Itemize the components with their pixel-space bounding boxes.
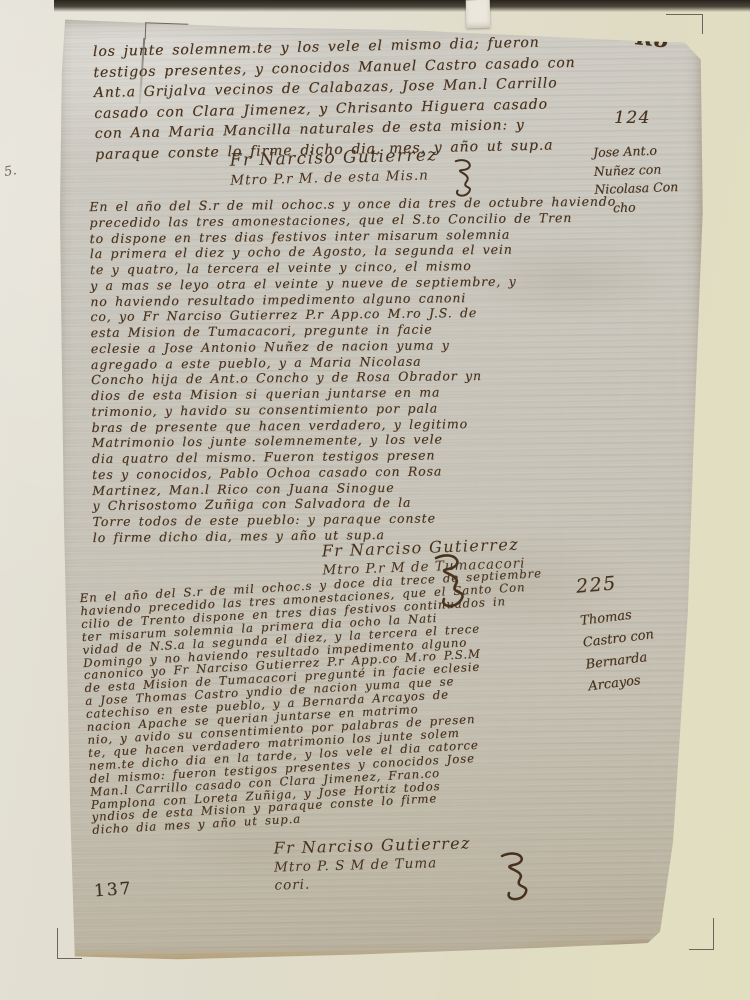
registration-mark-top-right (666, 14, 703, 34)
entry-3-signature: Fr Narciso Gutierrez Mtro P. S M de Tuma… (273, 833, 472, 893)
deckle-edge (71, 949, 672, 964)
board-top-shadow (54, 0, 750, 12)
photo-board: los junte solemnem.te y los vele el mism… (0, 0, 750, 1000)
signature-name: Fr Narciso Gutierrez (230, 145, 438, 170)
entry-3: En el año del S.r de mil ochoc.s y doce … (79, 561, 661, 837)
manuscript-page: los junte solemnem.te y los vele el mism… (58, 12, 704, 964)
signature-title: cori. (274, 872, 472, 893)
tape-tab (466, 0, 490, 28)
signature-title: Mtro P.r M. de esta Mis.n (230, 167, 438, 188)
registration-mark-bottom-right (689, 918, 714, 950)
board-pencil-scribble: 5. (3, 163, 18, 180)
page-number-137: 137 (93, 879, 133, 902)
entry-1: los junte solemnem.te y los vele el mism… (93, 30, 670, 166)
folio-number-124: 124 (614, 108, 651, 128)
signature-rubric-flourish (496, 850, 534, 904)
signature-rubric-flourish (448, 157, 478, 199)
entry-2: En el año del S.r de mil ochoc.s y once … (89, 193, 678, 546)
registration-mark-bottom-left (57, 928, 82, 959)
signature-name: Fr Narciso Gutierrez (273, 833, 471, 857)
entry-1-signature: Fr Narciso Gutierrez Mtro P.r M. de esta… (230, 145, 439, 188)
registration-mark-top-left (145, 22, 189, 40)
